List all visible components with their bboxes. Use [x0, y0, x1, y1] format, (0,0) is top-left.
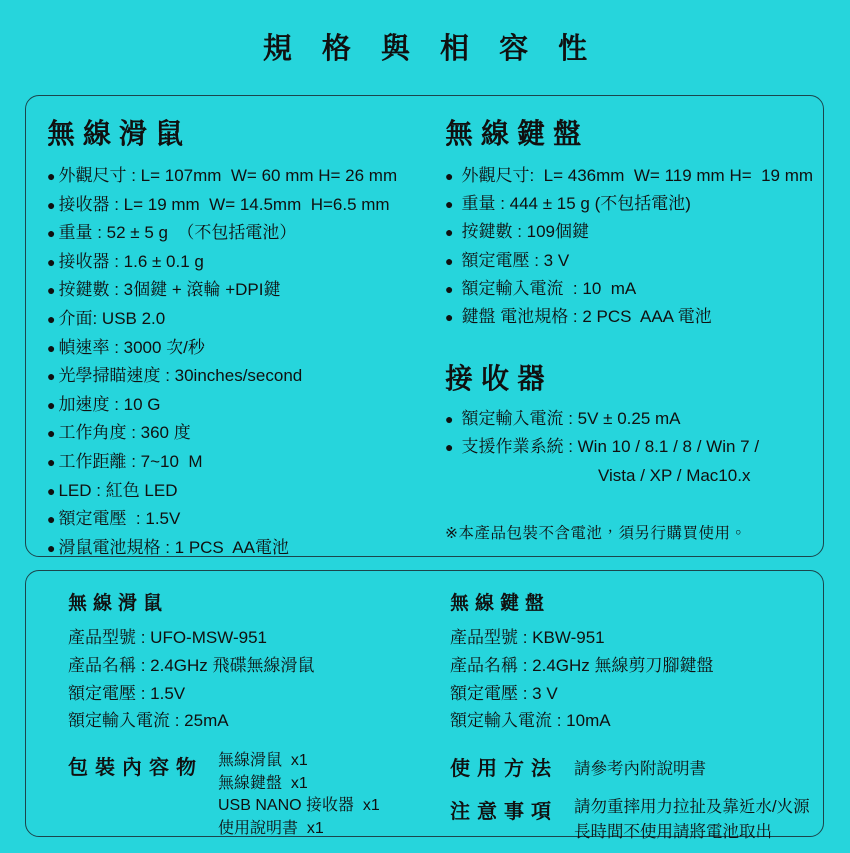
mouse-info-heading: 無線滑鼠 — [68, 588, 440, 615]
spec-item-text: 按鍵數 : 3個鍵 + 滾輪 +DPI鍵 — [58, 280, 280, 299]
spec-item: ●外觀尺寸 : L= 107mm W= 60 mm H= 26 mm — [47, 162, 443, 191]
bullet-icon: ● — [47, 511, 55, 527]
mouse-spec-heading: 無線滑鼠 — [47, 112, 443, 152]
spec-item-text: 額定輸入電流 : 10 mA — [461, 279, 636, 298]
spec-item-text: 介面: USB 2.0 — [58, 309, 165, 328]
bullet-icon: ● — [47, 454, 55, 470]
caution-line: 長時間不使用請將電池取出 — [574, 819, 810, 844]
bullet-icon: ● — [47, 311, 55, 327]
usage-heading: 使用方法 — [450, 751, 574, 781]
spec-item-text: 滑鼠電池規格 : 1 PCS AA電池 — [58, 538, 289, 557]
spec-item-text: 重量 : 52 ± 5 g （不包括電池） — [58, 223, 296, 242]
spec-item: ●接收器 : L= 19 mm W= 14.5mm H=6.5 mm — [47, 191, 443, 220]
info-row: 額定電壓 : 3 V — [450, 680, 816, 708]
spec-item-text: 鍵盤 電池規格 : 2 PCS AAA 電池 — [461, 307, 711, 326]
bullet-icon: ● — [47, 340, 55, 356]
package-item: 使用說明書 x1 — [218, 818, 380, 841]
bullet-icon: ● — [47, 197, 55, 213]
spec-item-text: 接收器 : 1.6 ± 0.1 g — [58, 252, 203, 271]
bullet-icon: ● — [445, 168, 453, 184]
info-box: 無線滑鼠 產品型號 : UFO-MSW-951 產品名稱 : 2.4GHz 飛碟… — [25, 570, 824, 837]
spec-item: ●按鍵數 : 109個鍵 — [445, 218, 819, 246]
spec-item: ●工作距離 : 7~10 M — [47, 448, 443, 477]
spec-item: ●幀速率 : 3000 次/秒 — [47, 334, 443, 363]
spec-item-text: 額定電壓 : 3 V — [461, 251, 569, 270]
bullet-icon: ● — [47, 368, 55, 384]
spec-item-text: 工作距離 : 7~10 M — [58, 452, 202, 471]
keyboard-spec-heading: 無線鍵盤 — [445, 112, 819, 152]
bullet-icon: ● — [47, 282, 55, 298]
bullet-icon: ● — [47, 168, 55, 184]
spec-item-text: 接收器 : L= 19 mm W= 14.5mm H=6.5 mm — [58, 195, 389, 214]
info-row: 產品型號 : KBW-951 — [450, 624, 816, 652]
caution-section: 注意事項 請勿重摔用力拉扯及靠近水/火源 長時間不使用請將電池取出 — [450, 794, 816, 843]
bullet-icon: ● — [445, 281, 453, 297]
bullet-icon: ● — [445, 196, 453, 212]
info-row: 產品型號 : UFO-MSW-951 — [68, 624, 440, 652]
battery-note: ※本產品包裝不含電池，須另行購買使用。 — [445, 521, 819, 543]
spec-item-text: 幀速率 : 3000 次/秒 — [58, 338, 204, 357]
mouse-spec-section: 無線滑鼠 ●外觀尺寸 : L= 107mm W= 60 mm H= 26 mm … — [47, 106, 443, 562]
keyboard-info-rows: 產品型號 : KBW-951 產品名稱 : 2.4GHz 無線剪刀腳鍵盤 額定電… — [450, 624, 816, 735]
mouse-spec-list: ●外觀尺寸 : L= 107mm W= 60 mm H= 26 mm ●接收器 … — [47, 162, 443, 562]
spec-item: ●重量 : 52 ± 5 g （不包括電池） — [47, 219, 443, 248]
spec-item: ●按鍵數 : 3個鍵 + 滾輪 +DPI鍵 — [47, 276, 443, 305]
bullet-icon: ● — [445, 411, 453, 427]
bullet-icon: ● — [47, 483, 55, 499]
package-contents-list: 無線滑鼠 x1 無線鍵盤 x1 USB NANO 接收器 x1 使用說明書 x1 — [218, 750, 380, 840]
usage-text: 請參考內附說明書 — [574, 751, 706, 779]
spec-item-text: 額定電壓 : 1.5V — [58, 509, 180, 528]
info-row: 額定電壓 : 1.5V — [68, 680, 440, 708]
spec-item: ●接收器 : 1.6 ± 0.1 g — [47, 248, 443, 277]
package-contents-heading: 包裝內容物 — [68, 750, 218, 780]
spec-item: ●滑鼠電池規格 : 1 PCS AA電池 — [47, 534, 443, 563]
bullet-icon: ● — [47, 397, 55, 413]
spec-item-text: 支援作業系統 : Win 10 / 8.1 / 8 / Win 7 / — [461, 437, 759, 456]
spec-item-text: 工作角度 : 360 度 — [58, 423, 190, 442]
spec-sheet-page: { "ui": { "bullet": "●" }, "colors": { "… — [0, 0, 850, 853]
info-row: 產品名稱 : 2.4GHz 飛碟無線滑鼠 — [68, 652, 440, 680]
bullet-icon: ● — [47, 225, 55, 241]
os-support-continuation: Vista / XP / Mac10.x — [445, 462, 819, 489]
spec-item: ●支援作業系統 : Win 10 / 8.1 / 8 / Win 7 / — [445, 433, 819, 461]
spec-item: ●額定輸入電流 : 10 mA — [445, 275, 819, 303]
keyboard-info-heading: 無線鍵盤 — [450, 588, 816, 615]
spec-item: ●LED : 紅色 LED — [47, 477, 443, 506]
spec-item-text: 額定輸入電流 : 5V ± 0.25 mA — [461, 409, 680, 428]
spec-item: ●光學掃瞄速度 : 30inches/second — [47, 362, 443, 391]
bullet-icon: ● — [47, 425, 55, 441]
caution-line: 請勿重摔用力拉扯及靠近水/火源 — [574, 794, 810, 819]
info-row: 額定輸入電流 : 10mA — [450, 707, 816, 735]
receiver-spec-heading: 接收器 — [445, 357, 819, 397]
bullet-icon: ● — [445, 253, 453, 269]
spec-item: ●工作角度 : 360 度 — [47, 419, 443, 448]
spec-item: ●額定電壓 : 1.5V — [47, 505, 443, 534]
spec-item-text: LED : 紅色 LED — [58, 481, 177, 500]
bullet-icon: ● — [47, 254, 55, 270]
keyboard-spec-list: ●外觀尺寸: L= 436mm W= 119 mm H= 19 mm ●重量 :… — [445, 162, 819, 331]
bullet-icon: ● — [445, 439, 453, 455]
spec-item: ●額定電壓 : 3 V — [445, 247, 819, 275]
info-row: 產品名稱 : 2.4GHz 無線剪刀腳鍵盤 — [450, 652, 816, 680]
package-contents-section: 包裝內容物 無線滑鼠 x1 無線鍵盤 x1 USB NANO 接收器 x1 使用… — [68, 750, 440, 840]
caution-lines: 請勿重摔用力拉扯及靠近水/火源 長時間不使用請將電池取出 — [574, 794, 810, 843]
caution-heading: 注意事項 — [450, 794, 574, 824]
keyboard-info-section: 無線鍵盤 產品型號 : KBW-951 產品名稱 : 2.4GHz 無線剪刀腳鍵… — [450, 579, 816, 843]
spec-item-text: 外觀尺寸: L= 436mm W= 119 mm H= 19 mm — [461, 166, 813, 185]
spec-item: ●重量 : 444 ± 15 g (不包括電池) — [445, 190, 819, 218]
spec-item-text: 光學掃瞄速度 : 30inches/second — [58, 366, 302, 385]
page-title: 規 格 與 相 容 性 — [0, 26, 850, 67]
usage-section: 使用方法 請參考內附說明書 — [450, 751, 816, 781]
spec-item: ●加速度 : 10 G — [47, 391, 443, 420]
mouse-info-section: 無線滑鼠 產品型號 : UFO-MSW-951 產品名稱 : 2.4GHz 飛碟… — [68, 579, 440, 840]
spec-item: ●額定輸入電流 : 5V ± 0.25 mA — [445, 405, 819, 433]
spec-item-text: 按鍵數 : 109個鍵 — [461, 222, 589, 241]
bullet-icon: ● — [47, 540, 55, 556]
package-item: 無線鍵盤 x1 — [218, 773, 380, 796]
spec-item-text: 加速度 : 10 G — [58, 395, 160, 414]
keyboard-receiver-section: 無線鍵盤 ●外觀尺寸: L= 436mm W= 119 mm H= 19 mm … — [445, 106, 819, 543]
spec-item-text: 重量 : 444 ± 15 g (不包括電池) — [461, 194, 690, 213]
receiver-spec-list: ●額定輸入電流 : 5V ± 0.25 mA ●支援作業系統 : Win 10 … — [445, 405, 819, 461]
spec-item: ●外觀尺寸: L= 436mm W= 119 mm H= 19 mm — [445, 162, 819, 190]
package-item: 無線滑鼠 x1 — [218, 750, 380, 773]
bullet-icon: ● — [445, 224, 453, 240]
mouse-info-rows: 產品型號 : UFO-MSW-951 產品名稱 : 2.4GHz 飛碟無線滑鼠 … — [68, 624, 440, 735]
info-row: 額定輸入電流 : 25mA — [68, 707, 440, 735]
spec-item-text: 外觀尺寸 : L= 107mm W= 60 mm H= 26 mm — [58, 166, 397, 185]
spec-item: ●介面: USB 2.0 — [47, 305, 443, 334]
spec-item: ●鍵盤 電池規格 : 2 PCS AAA 電池 — [445, 303, 819, 331]
bullet-icon: ● — [445, 309, 453, 325]
package-item: USB NANO 接收器 x1 — [218, 795, 380, 818]
spec-box: 無線滑鼠 ●外觀尺寸 : L= 107mm W= 60 mm H= 26 mm … — [25, 95, 824, 557]
